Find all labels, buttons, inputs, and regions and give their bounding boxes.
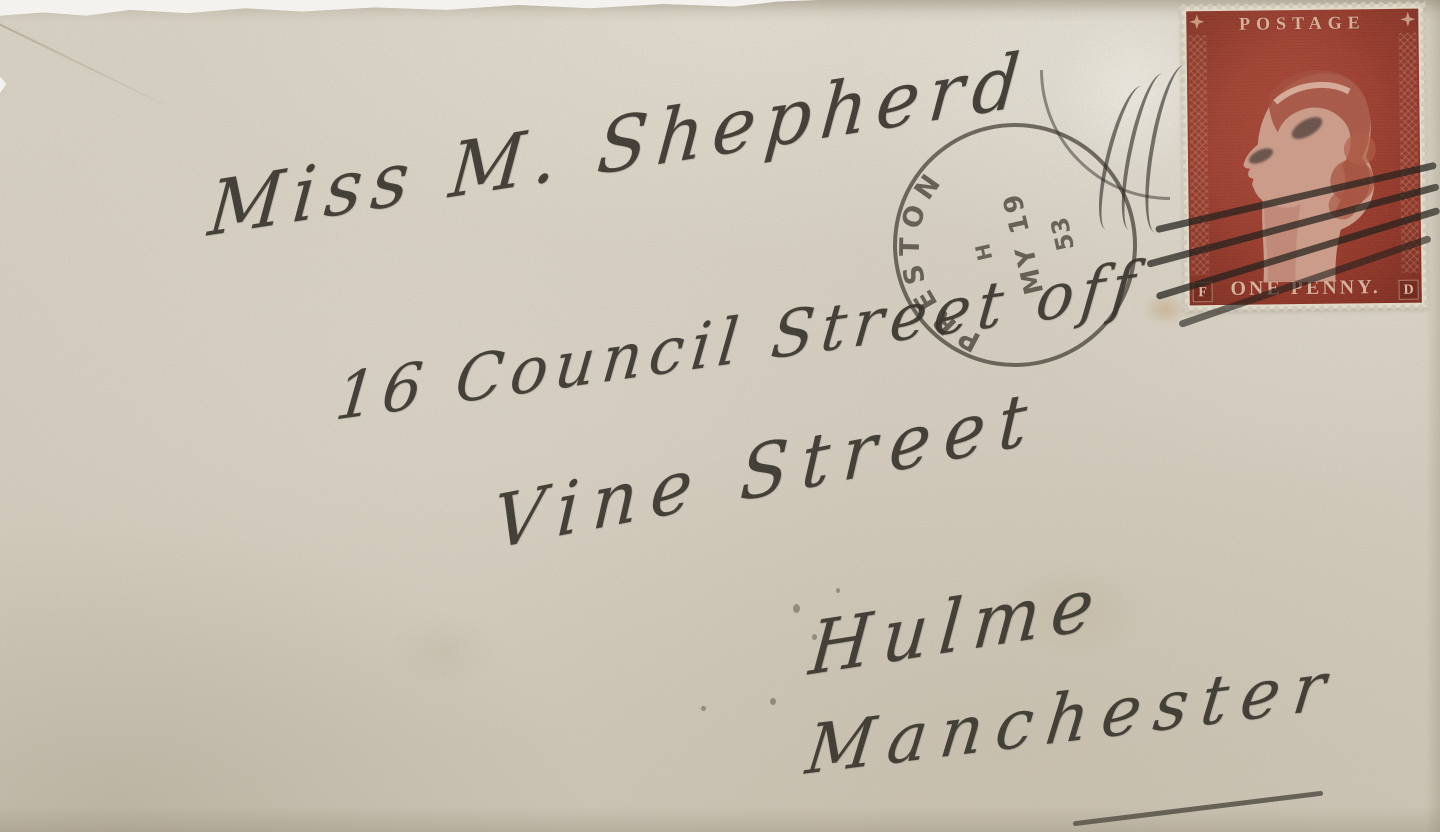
paper-crease [0, 18, 178, 112]
penny-red-stamp: POSTAGE ONE PENNY. F D [1181, 4, 1427, 311]
address-underline-flourish [1073, 791, 1324, 827]
photo-backdrop: PRESTON H MY 19 53 Miss M. Shepherd 16 C… [0, 0, 1440, 832]
ink-speck [793, 604, 800, 613]
star-ornament-icon [1400, 12, 1415, 27]
postmark-code: H [970, 241, 997, 263]
ink-speck [770, 698, 776, 705]
ink-speck [701, 706, 706, 711]
postmark-year: 53 [1045, 215, 1080, 254]
envelope: PRESTON H MY 19 53 Miss M. Shepherd 16 C… [0, 0, 1440, 832]
ink-speck [836, 588, 840, 593]
paper-stain [390, 610, 500, 690]
address-line-district: Hulme [806, 559, 1108, 692]
stamp-design: POSTAGE ONE PENNY. F D [1186, 9, 1422, 306]
ink-speck [812, 634, 817, 640]
address-line-street2: Vine Street [492, 374, 1042, 566]
star-ornament-icon [1189, 14, 1204, 29]
stamp-corner-letter-right: D [1399, 280, 1419, 300]
